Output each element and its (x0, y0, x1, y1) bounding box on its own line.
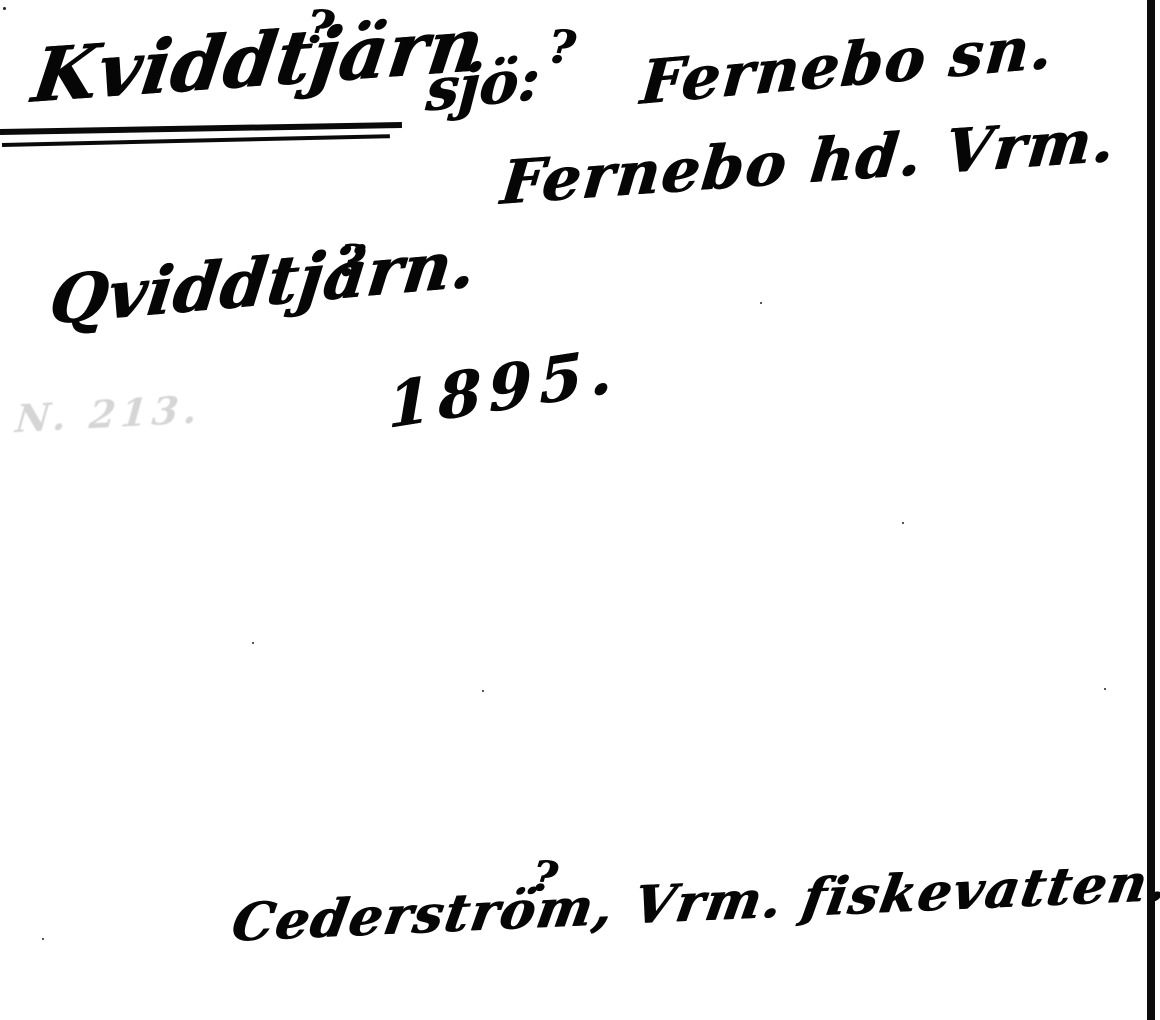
feature-type-label: sjö: (424, 49, 541, 120)
uncertainty-mark-repeated-name: ? (336, 239, 366, 285)
headword-place-name: Kviddtjärn (28, 8, 488, 114)
archive-stamp-number: N. 213. (14, 390, 203, 438)
scan-edge-line (1147, 0, 1155, 1020)
scan-speck (760, 302, 762, 304)
scan-speck (902, 522, 904, 524)
scan-speck (252, 642, 254, 644)
scanned-archive-card: Kviddtjärn ? sjö: ? Fernebo sn. Fernebo … (0, 0, 1160, 1020)
district-province-line: Fernebo hd. Vrm. (498, 110, 1119, 214)
uncertainty-mark-source: ? (530, 855, 559, 899)
scan-speck (42, 938, 44, 940)
scan-speck (482, 690, 484, 692)
headword-underline-1 (0, 122, 402, 135)
parish-line: Fernebo sn. (638, 17, 1056, 114)
source-reference-line: Cederström, Vrm. fiskevatten. (228, 857, 1160, 950)
scan-speck (3, 7, 6, 10)
uncertainty-mark-headword: ? (304, 3, 336, 52)
scan-speck (1104, 688, 1106, 690)
record-year: 1895. (387, 339, 619, 438)
uncertainty-mark-feature: ? (546, 23, 576, 71)
repeated-place-name: Qviddtjärn. (46, 230, 480, 334)
headword-underline-2 (2, 134, 390, 147)
